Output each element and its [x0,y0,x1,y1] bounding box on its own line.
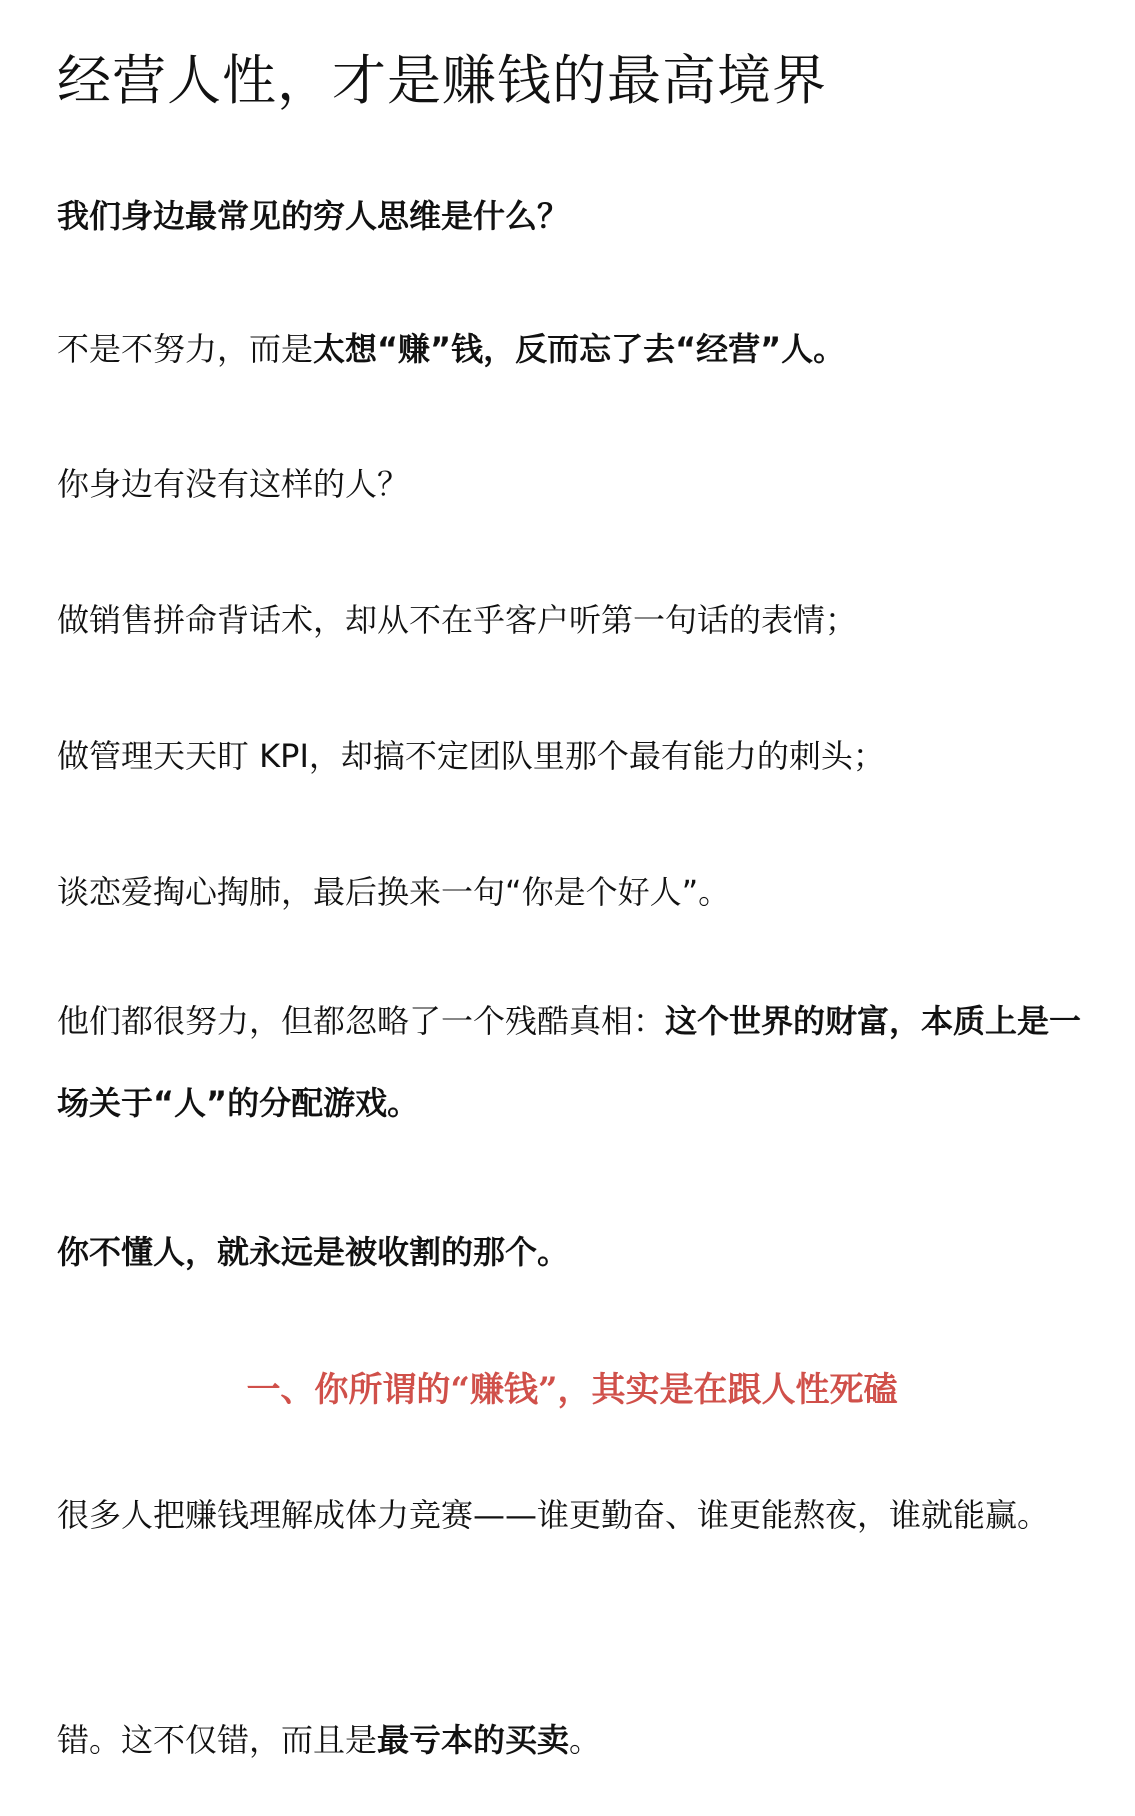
paragraph-2: 你身边有没有这样的人？ [57,464,409,504]
paragraph-8: 很多人把赚钱理解成体力竞赛——谁更勤奋、谁更能熬夜，谁就能赢。 [57,1474,1102,1556]
paragraph-7: 你不懂人，就永远是被收割的那个。 [57,1232,569,1272]
paragraph-9-emphasis: 最亏本的买卖 [377,1721,569,1759]
paragraph-1: 不是不努力，而是太想“赚”钱，反而忘了去“经营”人。 [57,329,845,369]
paragraph-9-tail: 。 [569,1721,601,1759]
paragraph-9-normal: 错。这不仅错，而且是 [57,1721,377,1759]
question-heading: 我们身边最常见的穷人思维是什么？ [57,196,569,236]
paragraph-1-emphasis: 太想“赚”钱，反而忘了去“经营”人。 [313,330,845,368]
paragraph-5: 谈恋爱掏心掏肺，最后换来一句“你是个好人”。 [57,872,730,912]
paragraph-9: 错。这不仅错，而且是最亏本的买卖。 [57,1720,601,1760]
article-title: 经营人性，才是赚钱的最高境界 [57,46,827,116]
paragraph-6-normal: 他们都很努力，但都忽略了一个残酷真相： [57,1002,665,1040]
paragraph-3: 做销售拼命背话术，却从不在乎客户听第一句话的表情； [57,600,857,640]
section-heading-1: 一、你所谓的“赚钱”，其实是在跟人性死磕 [57,1368,1087,1412]
paragraph-4: 做管理天天盯 KPI，却搞不定团队里那个最有能力的刺头； [57,736,885,776]
paragraph-1-normal: 不是不努力，而是 [57,330,313,368]
paragraph-6: 他们都很努力，但都忽略了一个残酷真相：这个世界的财富，本质上是一场关于“人”的分… [57,980,1102,1144]
